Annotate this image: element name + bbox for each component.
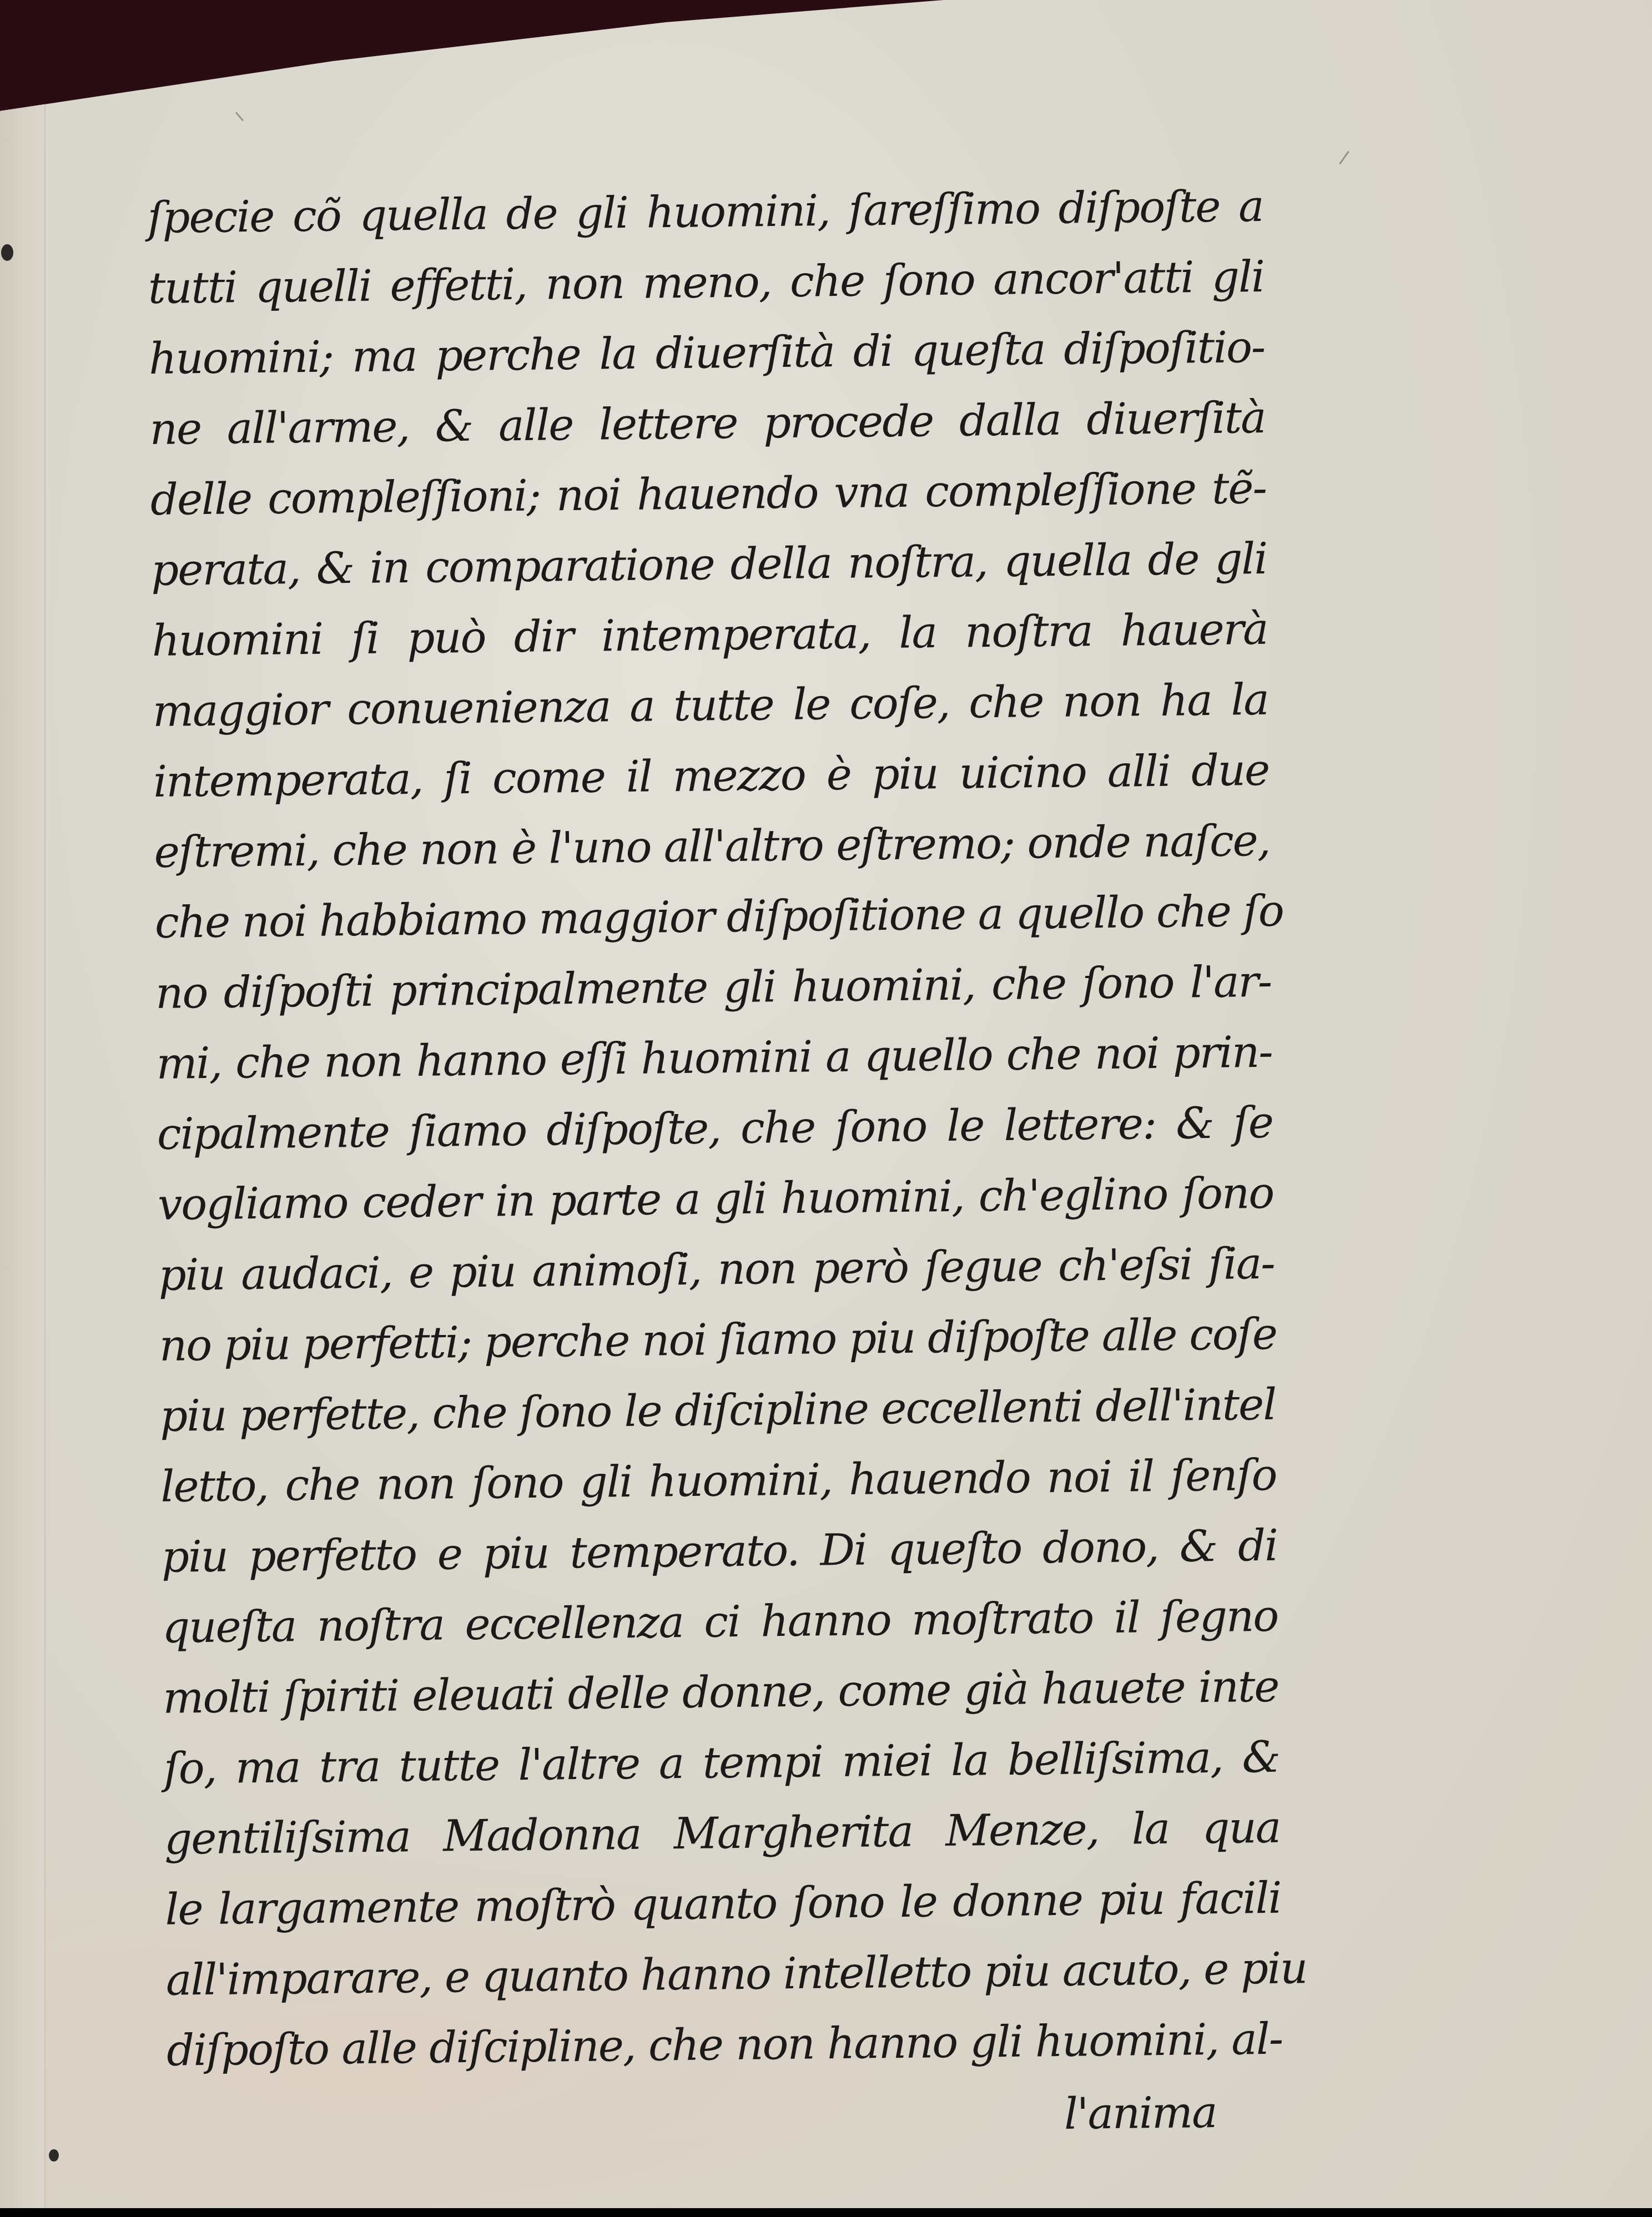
text-line: eſtremi, che non è l'uno all'altro eſtre…	[154, 806, 1270, 888]
text-line: intemperata, ſi come il mezzo è piu uici…	[153, 735, 1270, 818]
text-line: maggior conuenienza a tutte le coſe, che…	[152, 665, 1268, 747]
paper-fleck	[1339, 151, 1349, 165]
text-line: diſpoſto alle diſcipline, che non hanno …	[167, 2004, 1283, 2087]
text-line: gentiliſsima Madonna Margherita Menze, l…	[164, 1793, 1281, 1875]
page-gutter	[0, 100, 46, 2217]
text-line: ſpecie cõ quella de gli huomini, ſareſſi…	[147, 172, 1263, 254]
text-line: mi, che non hanno eſſi huomini a quello …	[156, 1017, 1272, 1100]
text-line: letto, che non ſono gli huomini, hauendo…	[160, 1440, 1277, 1523]
binding-mark	[1, 244, 13, 261]
catchword: l'anima	[167, 2077, 1283, 2159]
text-line: che noi habbiamo maggior diſpoſitione a …	[154, 876, 1271, 959]
text-line: queſta noſtra eccellenza ci hanno moſtra…	[162, 1581, 1278, 1664]
photo-border	[0, 2208, 1652, 2217]
text-line: ſo, ma tra tutte l'altre a tempi miei la…	[163, 1722, 1280, 1805]
text-line: molti ſpiriti eleuati delle donne, come …	[163, 1652, 1279, 1734]
text-line: delle compleſſioni; noi hauendo vna comp…	[150, 454, 1266, 536]
text-line: perata, & in comparatione della noſtra, …	[151, 524, 1267, 606]
paper-fleck	[235, 112, 244, 121]
book-page: ſpecie cõ quella de gli huomini, ſareſſi…	[0, 0, 1652, 2217]
text-line: no diſpoſti principalmente gli huomini, …	[155, 947, 1272, 1029]
text-line: all'imparare, e quanto hanno intelletto …	[165, 1934, 1282, 2016]
text-line: vogliamo ceder in parte a gli huomini, c…	[158, 1158, 1274, 1241]
text-line: cipalmente ſiamo diſpoſte, che ſono le l…	[157, 1088, 1273, 1170]
binding-mark	[49, 2149, 59, 2161]
text-line: huomini; ma perche la diuerſità di queſt…	[149, 313, 1265, 395]
text-line: no piu perfetti; perche noi ſiamo piu di…	[159, 1299, 1275, 1382]
text-line: piu perfetto e piu temperato. Di queſto …	[161, 1511, 1277, 1593]
text-line: ne all'arme, & alle lettere procede dall…	[149, 383, 1266, 465]
text-line: huomini ſi può dir intemperata, la noſtr…	[152, 594, 1268, 677]
text-line: piu perfette, che ſono le diſcipline ecc…	[160, 1370, 1276, 1452]
text-line: tutti quelli effetti, non meno, che ſono…	[148, 242, 1264, 324]
body-text: ſpecie cõ quella de gli huomini, ſareſſi…	[147, 172, 1283, 2159]
text-line: piu audaci, e piu animoſi, non però ſegu…	[158, 1229, 1275, 1311]
text-line: le largamente moſtrò quanto ſono le donn…	[165, 1863, 1281, 1946]
